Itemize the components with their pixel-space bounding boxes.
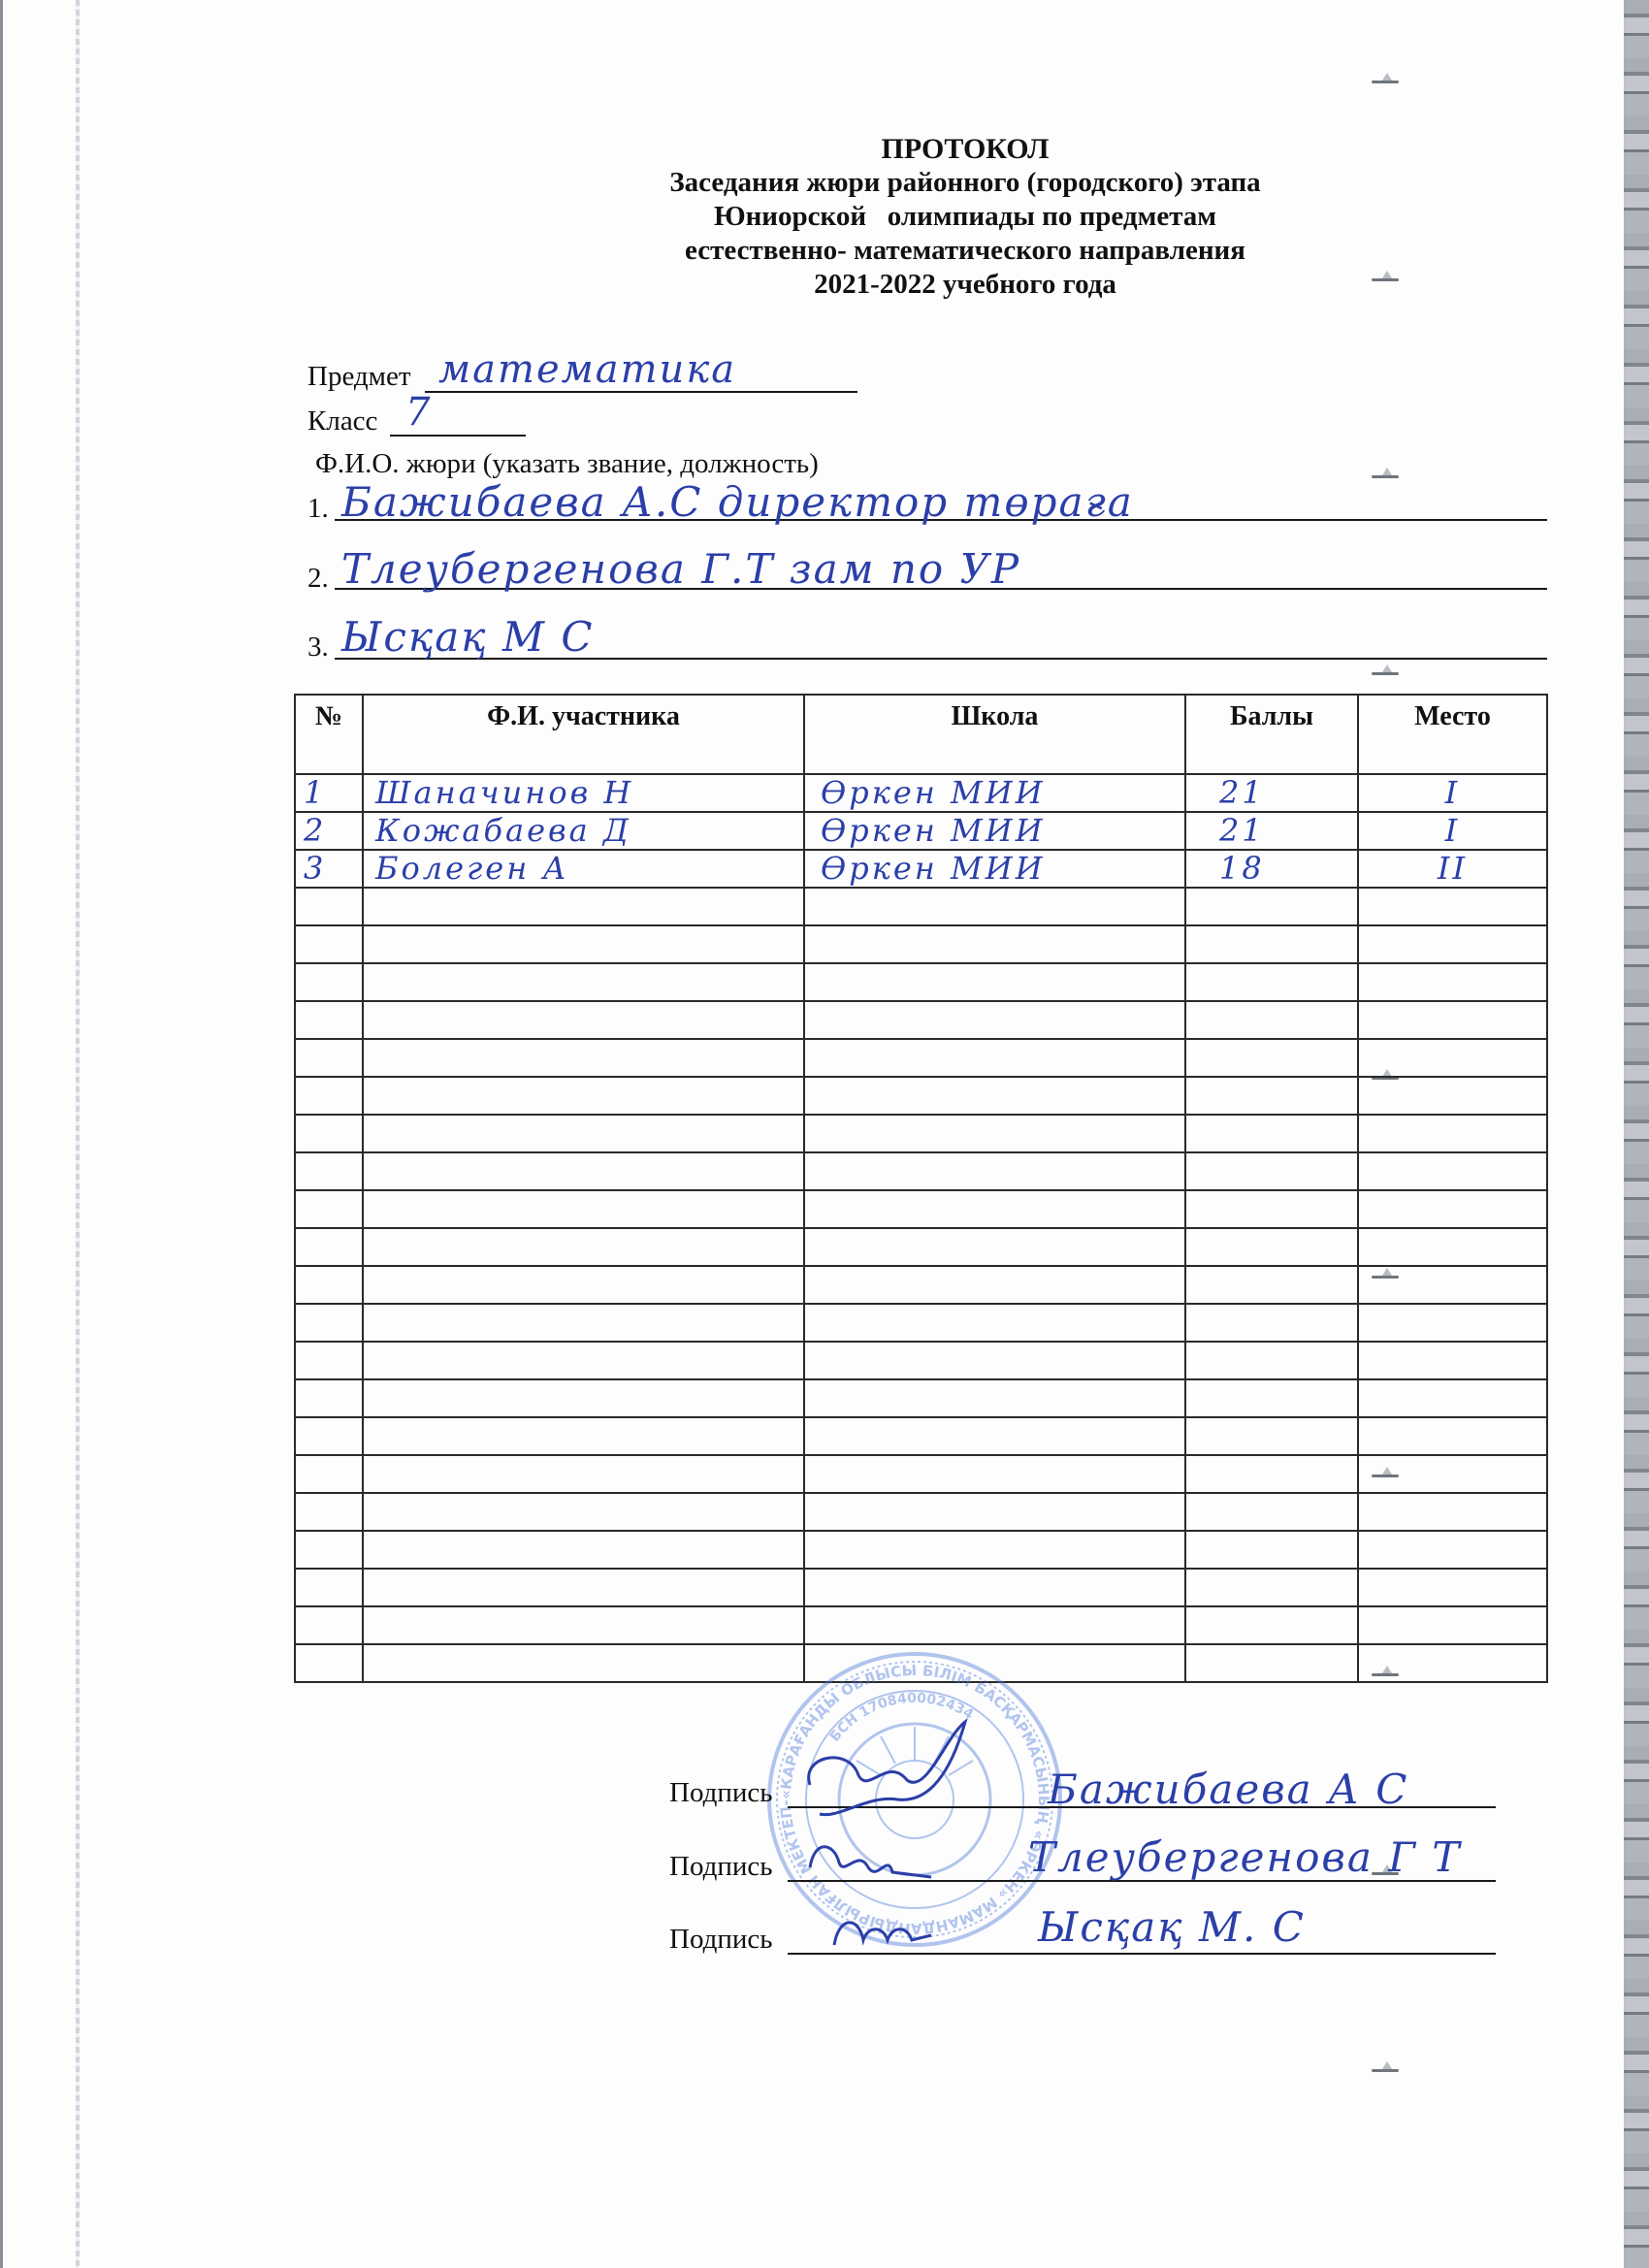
signature-name[interactable]: Бажибаева А С	[1048, 1766, 1408, 1813]
cell-place[interactable]: I	[1358, 774, 1547, 812]
cell-name[interactable]	[363, 1152, 804, 1190]
cell-name[interactable]	[363, 1379, 804, 1417]
table-row-empty	[295, 1379, 1547, 1417]
cell-score[interactable]	[1185, 1115, 1358, 1152]
cell-score[interactable]	[1185, 888, 1358, 925]
table-row-empty	[295, 1077, 1547, 1115]
cell-score[interactable]	[1185, 963, 1358, 1001]
table-row-empty	[295, 1531, 1547, 1569]
results-table: № Ф.И. участника Школа Баллы Место 1 Шан…	[294, 694, 1548, 1683]
table-row-empty	[295, 888, 1547, 925]
cell-score[interactable]	[1185, 1417, 1358, 1455]
cell-school[interactable]	[804, 963, 1185, 1001]
signature-name[interactable]: Ысқақ М. С	[1038, 1903, 1306, 1951]
cell-number[interactable]	[295, 1379, 363, 1417]
cell-number[interactable]	[295, 1606, 363, 1644]
cell-school[interactable]	[804, 888, 1185, 925]
document-header: ПРОТОКОЛ Заседания жюри районного (город…	[0, 132, 1649, 302]
cell-place[interactable]	[1358, 925, 1547, 963]
cell-school[interactable]	[804, 1606, 1185, 1644]
table-row: 2 Кожабаева Д Өркен МИИ 21 I	[295, 812, 1547, 850]
cell-score[interactable]	[1185, 1379, 1358, 1417]
cell-name[interactable]	[363, 1115, 804, 1152]
cell-place[interactable]	[1358, 1152, 1547, 1190]
cell-score[interactable]	[1185, 1039, 1358, 1077]
jury-number: 1.	[307, 493, 329, 525]
signature-scribble-icon	[791, 1717, 985, 1824]
cell-score[interactable]: 21	[1185, 812, 1358, 850]
jury-label: Ф.И.О. жюри (указать звание, должность)	[315, 448, 819, 480]
scan-speck	[1366, 2064, 1405, 2074]
cell-place[interactable]	[1358, 1379, 1547, 1417]
cell-name[interactable]: Кожабаева Д	[363, 812, 804, 850]
cell-place[interactable]	[1358, 1304, 1547, 1342]
cell-school[interactable]	[804, 1266, 1185, 1304]
column-header-place: Место	[1358, 695, 1547, 774]
cell-number[interactable]	[295, 1304, 363, 1342]
cell-number[interactable]: 3	[295, 850, 363, 888]
cell-number[interactable]	[295, 1001, 363, 1039]
cell-number[interactable]	[295, 1190, 363, 1228]
cell-school[interactable]	[804, 1039, 1185, 1077]
cell-number[interactable]	[295, 1569, 363, 1606]
table-row: 3 Болеген А Өркен МИИ 18 II	[295, 850, 1547, 888]
cell-score[interactable]	[1185, 1266, 1358, 1304]
cell-place[interactable]	[1358, 963, 1547, 1001]
cell-score[interactable]: 18	[1185, 850, 1358, 888]
cell-score[interactable]	[1185, 1001, 1358, 1039]
class-value[interactable]: 7	[405, 390, 432, 435]
cell-score[interactable]	[1185, 1569, 1358, 1606]
cell-school[interactable]: Өркен МИИ	[804, 812, 1185, 850]
cell-number[interactable]	[295, 1077, 363, 1115]
cell-place[interactable]	[1358, 1190, 1547, 1228]
cell-place[interactable]	[1358, 1001, 1547, 1039]
cell-school[interactable]	[804, 1077, 1185, 1115]
cell-score[interactable]	[1185, 1228, 1358, 1266]
jury-member-1[interactable]: Бажибаева А.С директор төрағa	[341, 478, 1134, 526]
table-row-empty	[295, 1342, 1547, 1379]
cell-number[interactable]	[295, 1644, 363, 1682]
signature-name[interactable]: Тлеубергенова Г Т	[1028, 1833, 1461, 1881]
signature-label: Подпись	[669, 1924, 773, 1956]
table-row-empty	[295, 1569, 1547, 1606]
cell-school[interactable]	[804, 1190, 1185, 1228]
table-row-empty	[295, 1228, 1547, 1266]
cell-score[interactable]	[1185, 1531, 1358, 1569]
signature-scribble-icon	[824, 1896, 960, 1964]
cell-number[interactable]	[295, 1115, 363, 1152]
cell-place[interactable]	[1358, 1115, 1547, 1152]
cell-number[interactable]	[295, 1152, 363, 1190]
cell-number[interactable]	[295, 1342, 363, 1379]
table-row-empty	[295, 1304, 1547, 1342]
header-line: 2021-2022 учебного года	[0, 268, 1649, 302]
cell-number[interactable]	[295, 1531, 363, 1569]
scan-speck	[1366, 470, 1405, 480]
cell-school[interactable]	[804, 1493, 1185, 1531]
cell-school[interactable]	[804, 1001, 1185, 1039]
cell-number[interactable]: 1	[295, 774, 363, 812]
cell-school[interactable]	[804, 1417, 1185, 1455]
class-underline	[390, 435, 526, 437]
table-row-empty	[295, 1115, 1547, 1152]
table-row-empty	[295, 1190, 1547, 1228]
header-line: Заседания жюри районного (городского) эт…	[0, 166, 1649, 200]
cell-school[interactable]: Өркен МИИ	[804, 774, 1185, 812]
cell-school[interactable]	[804, 1342, 1185, 1379]
cell-place[interactable]	[1358, 1455, 1547, 1493]
cell-place[interactable]	[1358, 1644, 1547, 1682]
cell-number[interactable]	[295, 888, 363, 925]
column-header-number: №	[295, 695, 363, 774]
cell-score[interactable]	[1185, 925, 1358, 963]
cell-number[interactable]	[295, 1455, 363, 1493]
cell-name[interactable]	[363, 1644, 804, 1682]
cell-score[interactable]	[1185, 1644, 1358, 1682]
signature-label: Подпись	[669, 1777, 773, 1809]
cell-score[interactable]	[1185, 1493, 1358, 1531]
table-header-row: № Ф.И. участника Школа Баллы Место	[295, 695, 1547, 774]
cell-name[interactable]	[363, 1039, 804, 1077]
scan-edge-left	[0, 0, 3, 2268]
cell-name[interactable]: Болеген А	[363, 850, 804, 888]
scan-speck	[1366, 76, 1405, 85]
cell-place[interactable]	[1358, 1077, 1547, 1115]
header-line: естественно- математического направления	[0, 234, 1649, 268]
table-row-empty	[295, 1001, 1547, 1039]
cell-place[interactable]	[1358, 1039, 1547, 1077]
cell-school[interactable]: Өркен МИИ	[804, 850, 1185, 888]
cell-score[interactable]	[1185, 1077, 1358, 1115]
cell-name[interactable]	[363, 1569, 804, 1606]
cell-name[interactable]	[363, 963, 804, 1001]
scan-speck	[1366, 667, 1405, 677]
cell-name[interactable]	[363, 1266, 804, 1304]
cell-name[interactable]	[363, 1001, 804, 1039]
cell-place[interactable]	[1358, 1417, 1547, 1455]
cell-score[interactable]	[1185, 1152, 1358, 1190]
cell-number[interactable]	[295, 1228, 363, 1266]
table-row-empty	[295, 1606, 1547, 1644]
cell-name[interactable]	[363, 1228, 804, 1266]
cell-place[interactable]	[1358, 1531, 1547, 1569]
cell-number[interactable]	[295, 1417, 363, 1455]
cell-name[interactable]: Шаначинов Н	[363, 774, 804, 812]
cell-name[interactable]	[363, 1304, 804, 1342]
cell-score[interactable]	[1185, 1342, 1358, 1379]
scan-edge-line	[76, 0, 80, 2268]
table-row-empty	[295, 925, 1547, 963]
cell-score[interactable]	[1185, 1304, 1358, 1342]
cell-place[interactable]	[1358, 1228, 1547, 1266]
cell-school[interactable]	[804, 1228, 1185, 1266]
table-row-empty	[295, 1039, 1547, 1077]
cell-name[interactable]	[363, 1190, 804, 1228]
cell-name[interactable]	[363, 1493, 804, 1531]
cell-number[interactable]	[295, 925, 363, 963]
cell-name[interactable]	[363, 888, 804, 925]
cell-number[interactable]	[295, 1266, 363, 1304]
subject-value[interactable]: математика	[438, 347, 736, 392]
column-header-school: Школа	[804, 695, 1185, 774]
cell-place[interactable]	[1358, 1266, 1547, 1304]
column-header-score: Баллы	[1185, 695, 1358, 774]
cell-number[interactable]	[295, 1039, 363, 1077]
table-row-empty	[295, 1152, 1547, 1190]
scan-edge-right	[1624, 0, 1649, 2268]
cell-school[interactable]	[804, 1531, 1185, 1569]
jury-number: 2.	[307, 563, 329, 595]
table-row-empty	[295, 1266, 1547, 1304]
cell-place[interactable]	[1358, 1342, 1547, 1379]
cell-name[interactable]	[363, 1077, 804, 1115]
cell-school[interactable]	[804, 1569, 1185, 1606]
cell-number[interactable]	[295, 1493, 363, 1531]
cell-place[interactable]: II	[1358, 850, 1547, 888]
jury-member-2[interactable]: Тлеубергенова Г.Т зам по УР	[341, 545, 1020, 593]
cell-place[interactable]	[1358, 1493, 1547, 1531]
signature-label: Подпись	[669, 1851, 773, 1883]
table-row-empty	[295, 1455, 1547, 1493]
cell-place[interactable]	[1358, 1606, 1547, 1644]
column-header-name: Ф.И. участника	[363, 695, 804, 774]
cell-number[interactable]	[295, 963, 363, 1001]
cell-name[interactable]	[363, 1531, 804, 1569]
cell-name[interactable]	[363, 1342, 804, 1379]
cell-score[interactable]	[1185, 1606, 1358, 1644]
class-label: Класс	[307, 405, 377, 437]
cell-name[interactable]	[363, 925, 804, 963]
jury-member-3[interactable]: Ысқақ М С	[341, 613, 595, 661]
cell-place[interactable]: I	[1358, 812, 1547, 850]
cell-school[interactable]	[804, 925, 1185, 963]
cell-number[interactable]: 2	[295, 812, 363, 850]
signature-scribble-icon	[795, 1824, 941, 1892]
cell-score[interactable]: 21	[1185, 774, 1358, 812]
jury-number: 3.	[307, 632, 329, 664]
subject-label: Предмет	[307, 361, 411, 393]
cell-place[interactable]	[1358, 1569, 1547, 1606]
table-row-empty	[295, 963, 1547, 1001]
cell-school[interactable]	[804, 1379, 1185, 1417]
cell-name[interactable]	[363, 1417, 804, 1455]
document-title: ПРОТОКОЛ	[0, 132, 1649, 166]
table-row-empty	[295, 1417, 1547, 1455]
cell-place[interactable]	[1358, 888, 1547, 925]
cell-school[interactable]	[804, 1304, 1185, 1342]
cell-school[interactable]	[804, 1115, 1185, 1152]
cell-score[interactable]	[1185, 1190, 1358, 1228]
table-row: 1 Шаначинов Н Өркен МИИ 21 I	[295, 774, 1547, 812]
header-line: Юниорской олимпиады по предметам	[0, 200, 1649, 234]
cell-school[interactable]	[804, 1455, 1185, 1493]
table-row-empty	[295, 1493, 1547, 1531]
cell-school[interactable]	[804, 1152, 1185, 1190]
cell-name[interactable]	[363, 1455, 804, 1493]
cell-name[interactable]	[363, 1606, 804, 1644]
cell-score[interactable]	[1185, 1455, 1358, 1493]
